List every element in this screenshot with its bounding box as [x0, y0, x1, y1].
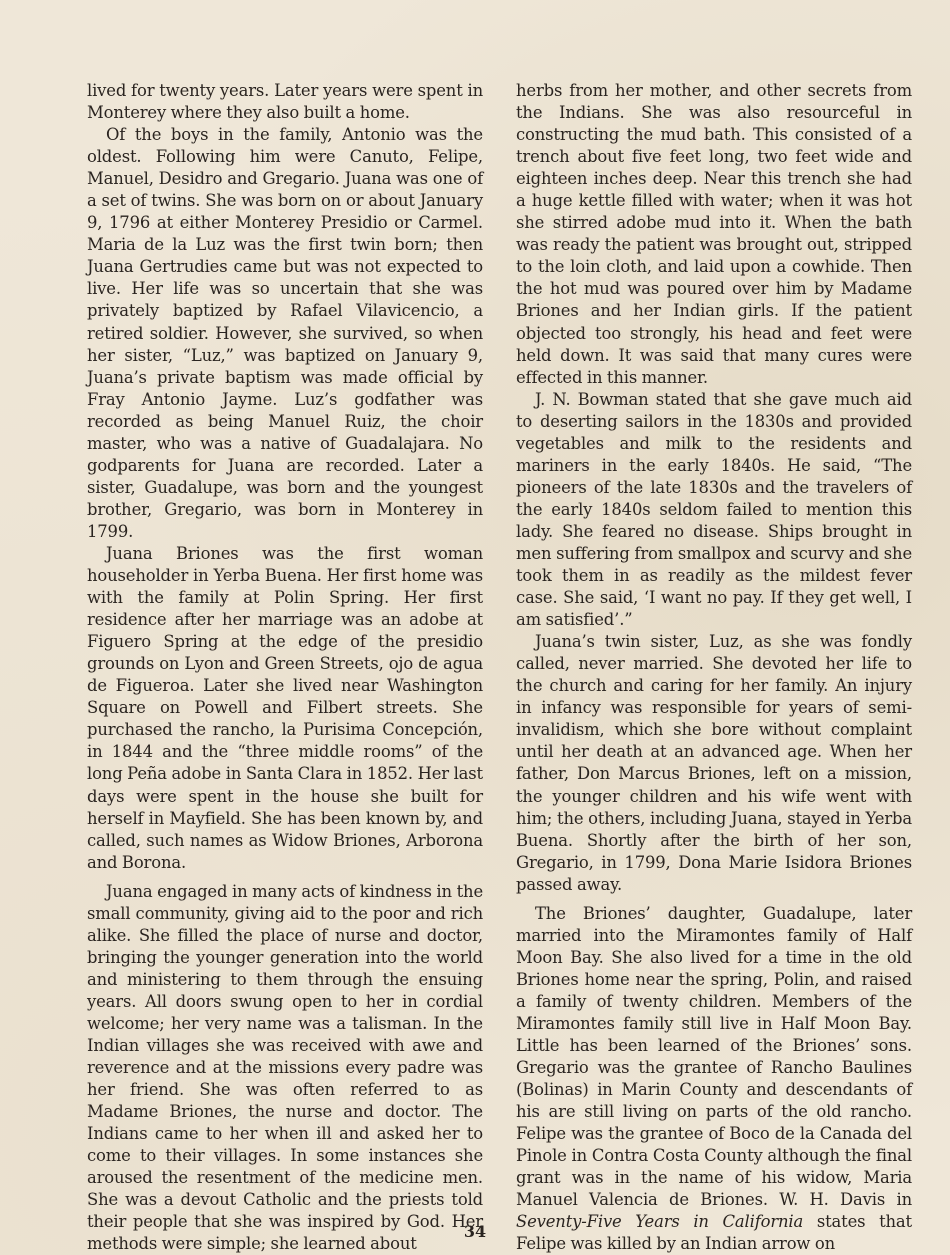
paragraph-text: The Briones’ daughter, Guadalupe, later …	[516, 904, 912, 1210]
right-column: herbs from her mother, and other secrets…	[516, 80, 912, 1255]
paragraph: Juana’s twin sister, Luz, as she was fon…	[516, 631, 912, 896]
page-number: 34	[0, 1222, 950, 1241]
paragraph: lived for twenty years. Later years were…	[87, 80, 483, 124]
paragraph: Of the boys in the family, Antonio was t…	[87, 124, 483, 543]
paragraph: Juana Briones was the first woman househ…	[87, 543, 483, 874]
paragraph: The Briones’ daughter, Guadalupe, later …	[516, 903, 912, 1255]
paragraph: Juana engaged in many acts of kindness i…	[87, 881, 483, 1255]
paragraph: herbs from her mother, and other secrets…	[516, 80, 912, 389]
left-column: lived for twenty years. Later years were…	[87, 80, 483, 1255]
paragraph: J. N. Bowman stated that she gave much a…	[516, 389, 912, 632]
